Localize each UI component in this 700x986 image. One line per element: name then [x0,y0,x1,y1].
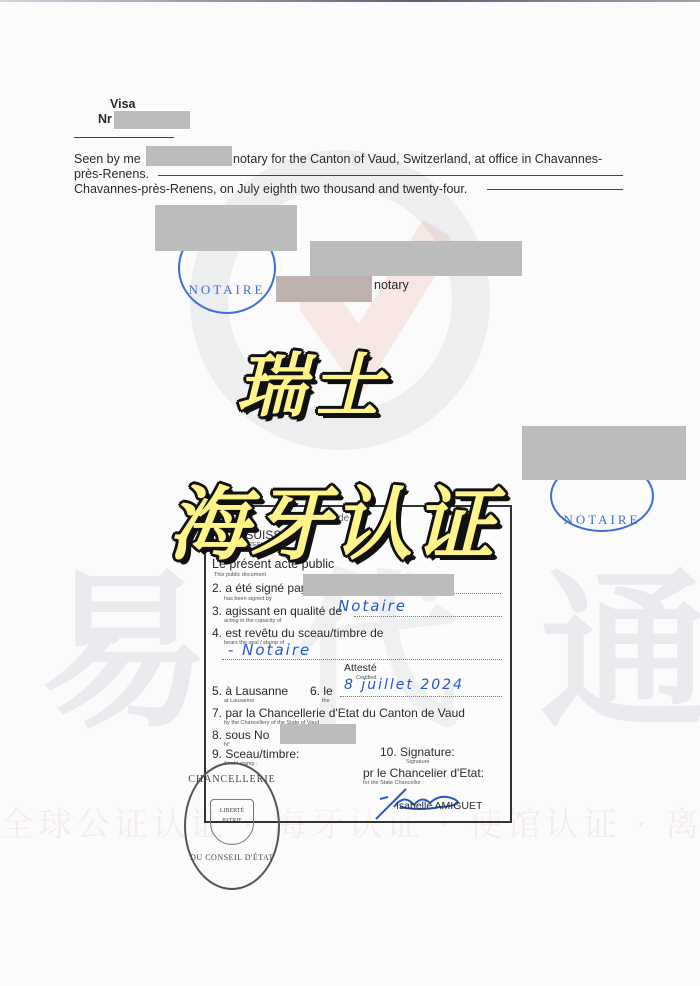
redacted-signer [303,574,454,596]
visa-label: Visa [110,97,136,112]
chancellery-seal: CHANCELLERIE LIBERTÉ PATRIE DU CONSEIL D… [184,762,280,890]
seal-stamp-fr: Sceau/timbre: [225,747,299,761]
signatory-name: Isabelle AMIGUET [396,800,482,812]
certified-fr: Attesté [344,662,377,674]
item-number: 2. [212,581,222,595]
capacity-handwritten: Notaire [338,597,407,615]
date-line: Chavannes-près-Renens, on July eighth tw… [74,182,467,197]
item-number: 3. [212,604,222,618]
redacted-number [280,724,356,744]
seen-by-suffix: notary for the Canton of Vaud, Switzerla… [233,152,602,167]
seal-text-bottom: DU CONSEIL D'ÉTAT [186,853,278,862]
item-number: 10. [380,745,397,759]
date-en: the [322,698,330,704]
notary-label: notary [374,278,409,293]
fill-dots [340,696,502,697]
redacted-block [155,205,297,251]
signature-fr: Signature: [400,745,455,759]
divider [74,137,174,138]
signed-by-fr: a été signé par [225,581,304,595]
fill-line [487,189,623,190]
place-fr: à Lausanne [225,684,288,698]
seal-of-fr: est revêtu du sceau/timbre de [225,626,383,640]
place-en: at Lausanne [224,698,254,704]
fill-dots [222,659,502,660]
seal-text-top: CHANCELLERIE [186,774,278,785]
nr-label: Nr [98,112,112,127]
fill-line [158,175,623,176]
fill-dots [354,616,502,617]
redacted-notary-name [146,146,232,166]
item-number: 8. [212,728,222,742]
capacity-fr: agissant en qualité de [225,604,342,618]
seal-text: NOTAIRE [188,282,265,297]
chancellor-fr: pr le Chancelier d'Etat: [363,766,484,780]
redacted-block [310,241,522,276]
item-number: 6. [310,684,320,698]
capacity-en: acting in the capacity of [224,618,281,624]
item-number: 9. [212,747,222,761]
seen-by-line2: près-Renens. [74,167,149,182]
item-number: 4. [212,626,222,640]
redacted-block [276,276,372,302]
redacted-visa-number [114,111,190,129]
seal-of-handwritten: - Notaire [228,641,311,659]
top-edge [0,0,700,2]
signature-en: Signature [406,759,430,765]
overlay-title-line2: 海牙认证 [168,460,496,575]
number-fr: sous No [225,728,269,742]
date-handwritten: 8 juillet 2024 [344,677,464,693]
redacted-block [522,426,686,480]
seal-text: NOTAIRE [563,512,640,527]
item-number: 5. [212,684,222,698]
overlay-title-line1: 瑞士 [236,330,388,431]
signed-by-en: has been signed by [224,596,272,602]
seal-shield: LIBERTÉ PATRIE [210,799,254,845]
seen-by-prefix: Seen by me [74,152,141,167]
item-number: 7. [212,706,222,720]
chancellery-fr: par la Chancellerie d'Etat du Canton de … [225,706,465,720]
date-fr: le [323,684,332,698]
